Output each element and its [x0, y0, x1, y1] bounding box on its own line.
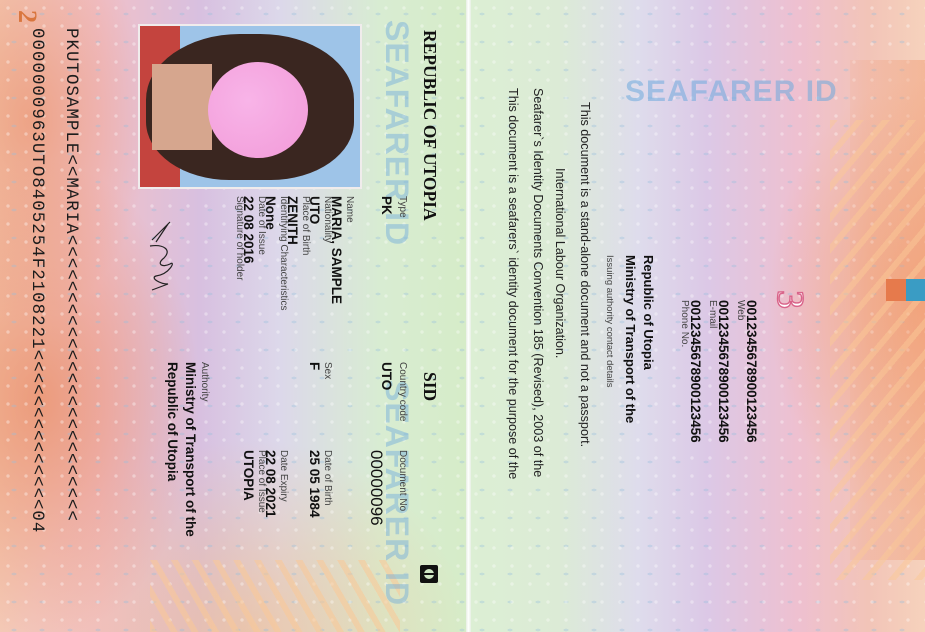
field-label: Country code — [397, 362, 408, 421]
field-date-of-birth: 25 05 1984 — [307, 450, 322, 518]
field-sex: F — [307, 362, 322, 370]
contact-email: 0012345678900123456 — [716, 300, 731, 443]
page-number: 3 — [768, 290, 812, 309]
field-label: Place of Issue — [256, 450, 267, 513]
field-label: Date of Issue — [256, 196, 267, 255]
field-label: Date of Birth — [322, 450, 333, 506]
mrz-line-2: 0000000963UTO8405254F2108221<<<<<<<<<<<<… — [27, 28, 46, 533]
country-title: REPUBLIC OF UTOPIA — [419, 30, 440, 221]
page-number: 2 — [12, 10, 42, 23]
decorative-square — [886, 279, 906, 301]
decorative-sunburst — [830, 120, 925, 580]
field-country-code: UTO — [379, 362, 394, 390]
field-label: Place of Birth — [300, 196, 311, 255]
issuer-label: Issuing authority contact details — [604, 255, 615, 388]
field-label: Authority — [199, 362, 210, 401]
holder-signature — [146, 218, 176, 293]
field-label: Type — [397, 196, 408, 218]
field-type: PK — [379, 196, 394, 215]
biometric-chip-icon — [420, 565, 438, 583]
notice-line: This document is a seafarers` identity d… — [506, 88, 520, 479]
decorative-square — [906, 279, 925, 301]
field-authority-line1: Ministry of Transport of the — [183, 362, 198, 537]
contact-web: 0012345678900123456 — [744, 300, 759, 443]
issuer-name-line1: Ministry of Transport of the — [623, 255, 638, 423]
page-fold — [466, 0, 471, 632]
field-label: Document No — [397, 450, 408, 511]
watermark-text: SEAFARER ID — [625, 75, 838, 109]
mrz-line-1: PKUTOSAMPLE<<MARIA<<<<<<<<<<<<<<<<<<<<<<… — [61, 28, 80, 522]
field-label: Date Expiry — [278, 450, 289, 502]
field-label: Identifying Characteristics — [278, 196, 289, 311]
holder-photo — [138, 24, 362, 189]
field-place-of-issue: UTOPIA — [241, 450, 256, 501]
notice-line: This document is a stand-alone document … — [578, 102, 592, 447]
field-label: Nationality — [322, 196, 333, 243]
notice-line: Seafarer`s Identity Documents Convention… — [531, 88, 545, 477]
field-authority-line2: Republic of Utopia — [165, 362, 180, 481]
face-redaction — [208, 62, 308, 158]
field-label: Sex — [322, 362, 333, 379]
field-label: Name — [344, 196, 355, 223]
contact-phone: 0012345678900123456 — [688, 300, 703, 443]
field-label: Signature of holder — [234, 196, 245, 281]
decorative-sunburst — [150, 560, 400, 632]
issuer-name-line2: Republic of Utopia — [641, 255, 656, 370]
field-document-no: 00000096 — [366, 450, 386, 526]
notice-line: International Labour Organization. — [553, 168, 567, 358]
document-type-title: SID — [419, 372, 440, 401]
